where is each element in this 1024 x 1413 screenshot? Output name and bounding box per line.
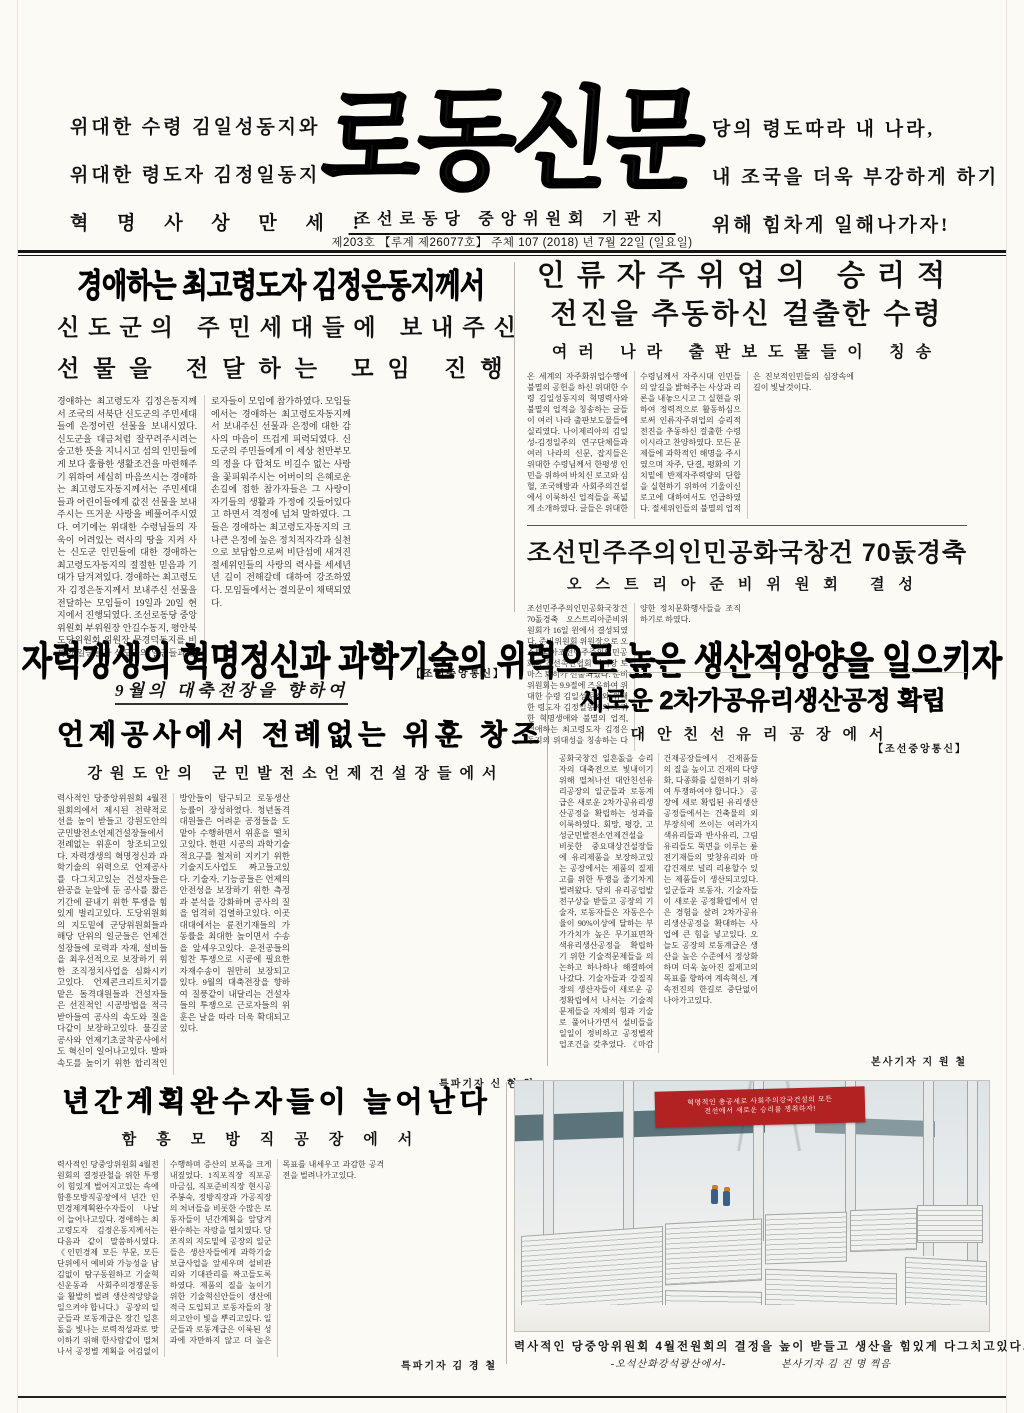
photo-granite-quarry: 혁명적인 총공세로 사회주의강국건설의 모든 전선에서 새로운 승리를 쟁취하자… xyxy=(514,1080,990,1332)
masthead-issue-line: 제203호 【루계 제26077호】 주체 107 (2018) 년 7월 22… xyxy=(331,234,692,250)
page-edge-right xyxy=(1006,0,1007,1413)
masthead-slogan-right: 당의 령도따라 내 나라, 내 조국을 더욱 부강하게 하기 위해 힘차게 일해… xyxy=(712,106,999,250)
article-dam-subhead: 강원도안의 군민발전소언제건설장들에서 xyxy=(57,762,535,783)
masthead-title: 로동신문 xyxy=(319,80,706,201)
slogan-right-line-3: 위해 힘차게 일해나가자! xyxy=(712,202,999,250)
slogan-right-line-1: 당의 령도따라 내 나라, xyxy=(712,106,999,154)
article-leader-headline-2: 전진을 추동하신 걸출한 수령 xyxy=(527,295,967,332)
photo-caption-meta: -오석산화강석광산에서- 본사기자 김 진 명 찍음 xyxy=(514,1355,988,1370)
photo-column xyxy=(623,1081,634,1251)
article-gift-subhead-1: 신도군의 주민세대들에 보내주신 xyxy=(57,309,505,342)
article-gift-headline: 경애하는 최고령도자 김정은동지께서 xyxy=(57,260,505,306)
article-yearly: 년간계획완수자들이 늘어난다 함흥모방직공장에서 력사적인 당중앙위원회 4월전… xyxy=(57,1080,497,1372)
photo-worker xyxy=(711,1189,718,1204)
article-leader-headline-1: 인류자주위업의 승리적 xyxy=(527,258,967,295)
article-dam: 9월의 대축전장을 향하여 언제공사에서 전례없는 위훈 창조 강원도안의 군민… xyxy=(57,676,535,1090)
article-dam-headline: 언제공사에서 전례없는 위훈 창조 xyxy=(57,713,535,753)
photo-slab-stack xyxy=(665,1218,762,1285)
photo-slab-stack xyxy=(850,1208,917,1252)
column-divider xyxy=(506,1082,507,1364)
masthead-divider xyxy=(18,250,1006,256)
article-glass-body: 공화국창건 일흔돐을 승리자의 대축전으로 빛내이기 위해 떨쳐나선 대안친선유… xyxy=(559,753,967,1053)
article-yearly-byline: 특파기자 김 경 철 xyxy=(57,1357,497,1372)
article-gift-subhead-2: 선물을 전달하는 모임 진행 xyxy=(57,350,505,383)
article-glass: 새로운 2차가공유리생산공정 확립 대안친선유리공장에서 공화국창건 일흔돐을 … xyxy=(559,672,967,1068)
article-leader-body: 온 세계의 자주화위업수행에 불멸의 공헌을 하신 위대한 수령 김일성동지의 … xyxy=(527,371,967,519)
photo-caption-credit: 본사기자 김 진 명 찍음 xyxy=(781,1355,891,1370)
slogan-right-line-2: 내 조국을 더욱 부강하게 하기 xyxy=(712,154,999,202)
column-divider xyxy=(514,262,515,612)
article-gift: 경애하는 최고령도자 김정은동지께서 신도군의 주민세대들에 보내주신 선물을 … xyxy=(57,260,505,680)
photo-propaganda-banner: 혁명적인 총공세로 사회주의강국건설의 모든 전선에서 새로운 승리를 쟁취하자… xyxy=(655,1086,866,1127)
photo-floor xyxy=(515,1305,989,1331)
photo-caption-location: -오석산화강석광산에서- xyxy=(611,1355,726,1370)
article-yearly-body: 력사적인 당중앙위원회 4월전원회의 결정관철을 위한 투쟁이 힘있게 벌어지고… xyxy=(57,1159,497,1357)
article-gift-body: 경애하는 최고령도자 김정은동지께서 조국의 서북단 신도군의 주민세대들에 은… xyxy=(57,395,505,665)
photo-worker xyxy=(723,1191,730,1206)
article-dam-body: 력사적인 당중앙위원회 4월전원회의에서 제시된 전략적로선을 높이 받들고 강… xyxy=(57,793,535,1075)
article-glass-headline: 새로운 2차가공유리생산공정 확립 xyxy=(559,681,967,717)
article-glass-subhead: 대안친선유리공장에서 xyxy=(559,723,967,744)
photo-caption: 력사적인 당중앙위원회 4월전원회의 결정을 높이 받들고 생산을 힘있게 다그… xyxy=(514,1338,988,1354)
article-anniv-subhead: 오스트리아준비위원회 결성 xyxy=(527,573,967,594)
masthead-subtitle: 조선로동당 중앙위원회 기관지 xyxy=(349,206,676,235)
page-bottom-rule xyxy=(18,1396,1006,1398)
article-leader-subhead: 여러 나라 출판보도물들이 칭송 xyxy=(527,339,967,362)
article-anniv-headline: 조선민주주의인민공화국창건 70돐경축 xyxy=(527,533,967,569)
article-dam-kicker: 9월의 대축전장을 향하여 xyxy=(115,676,348,705)
page-edge-left xyxy=(17,0,18,1413)
section-divider xyxy=(527,525,967,526)
column-divider xyxy=(547,676,548,1066)
newspaper-page: { "masthead": { "slogan_left": ["위대한 수령 … xyxy=(0,0,1024,1413)
photo-slab-stack xyxy=(917,1205,983,1243)
slogan-left-line-3: 혁 명 사 상 만 세 ! xyxy=(70,200,371,248)
article-yearly-subhead: 함흥모방직공장에서 xyxy=(57,1128,497,1149)
article-glass-byline: 본사기자 지 원 철 xyxy=(559,1053,967,1068)
article-yearly-headline: 년간계획완수자들이 늘어난다 xyxy=(57,1080,497,1120)
photo-slab-stack xyxy=(765,1212,847,1265)
